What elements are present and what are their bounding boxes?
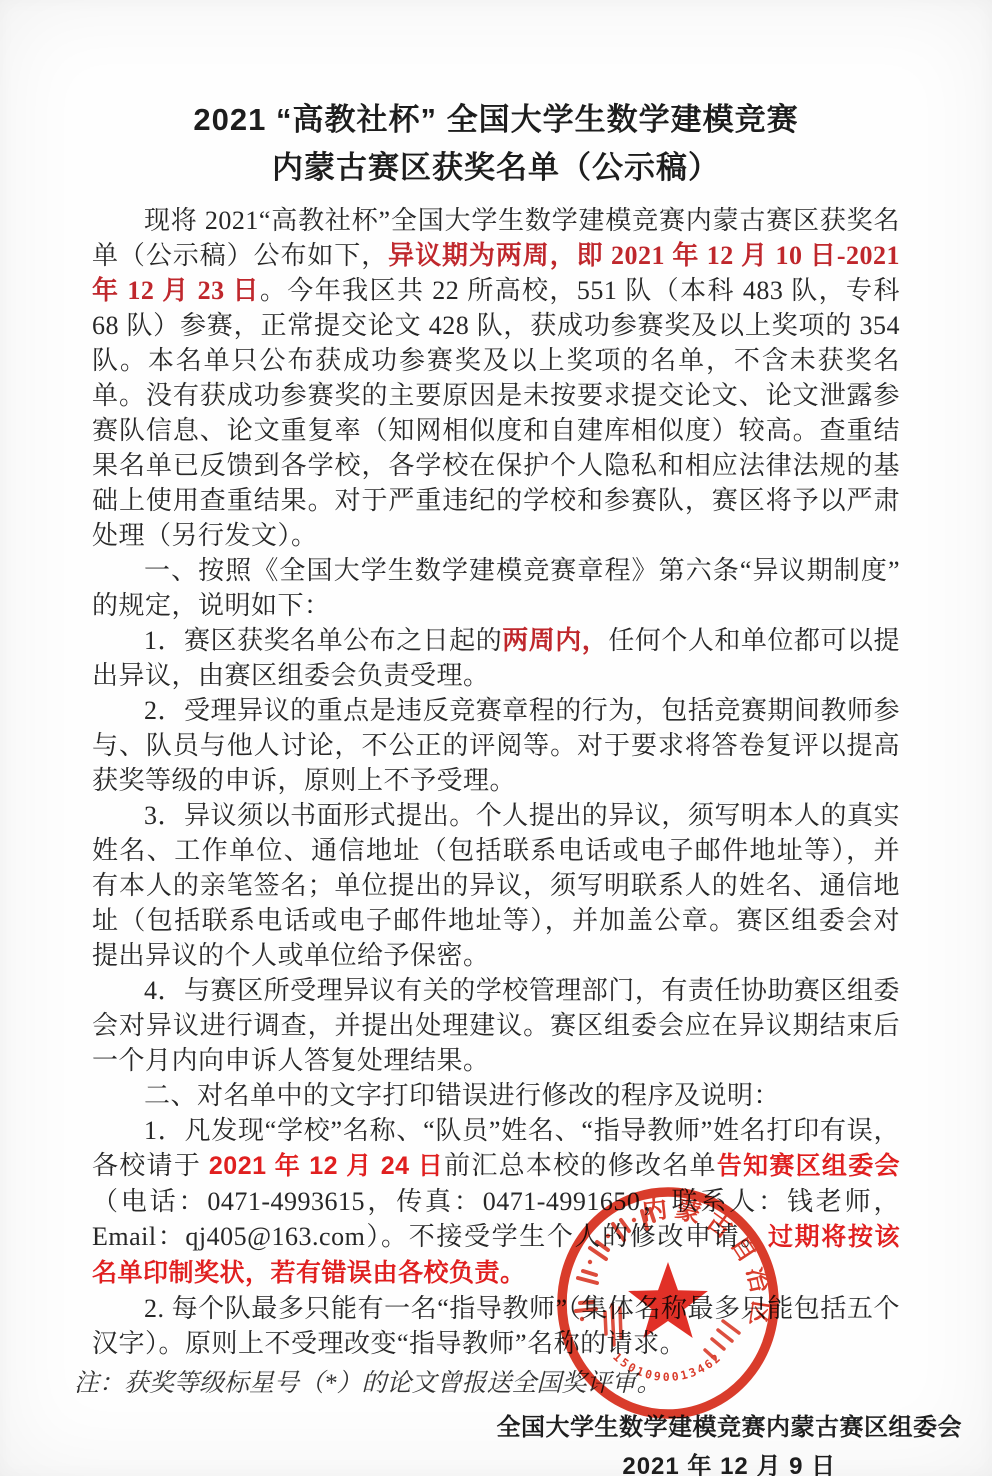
title-line-1: 2021 “高教社杯” 全国大学生数学建模竞赛 (0, 96, 992, 144)
text-run: 。今年我区共 22 所高校，551 队（本科 483 队，专科 68 队）参赛，… (92, 276, 900, 550)
text-run: 二、对名单中的文字打印错误进行修改的程序及说明： (144, 1081, 780, 1110)
text-run: 3．异议须以书面形式提出。个人提出的异议，须写明本人的真实姓名、工作单位、通信地… (92, 801, 900, 970)
paragraph: 1．凡发现“学校”名称、“队员”姓名、“指导教师”姓名打印有误，各校请于 202… (92, 1113, 900, 1291)
text-run: 2. 每个队最多只能有一名“指导教师”（集体名称最多只能包括五个汉字）。原则上不… (92, 1294, 900, 1358)
text-run: 4．与赛区所受理异议有关的学校管理部门，有责任协助赛区组委会对异议进行调查，并提… (92, 976, 900, 1075)
paragraph: 4．与赛区所受理异议有关的学校管理部门，有责任协助赛区组委会对异议进行调查，并提… (92, 973, 900, 1078)
paragraph: 3．异议须以书面形式提出。个人提出的异议，须写明本人的真实姓名、工作单位、通信地… (92, 798, 900, 973)
text-run: 2．受理异议的重点是违反竞赛章程的行为，包括竞赛期间教师参与、队员与他人讨论，不… (92, 696, 900, 795)
body-paragraphs: 现将 2021“高教社杯”全国大学生数学建模竞赛内蒙古赛区获奖名单（公示稿）公布… (92, 203, 900, 1361)
text-run: 告知赛区组委会 (717, 1152, 900, 1180)
signature-date: 2021 年 12 月 9 日 (622, 1450, 836, 1476)
text-run: 一、按照《全国大学生数学建模竞赛章程》第六条“异议期制度”的规定，说明如下： (92, 556, 900, 620)
text-run: 两周内， (502, 626, 608, 655)
paragraph: 一、按照《全国大学生数学建模竞赛章程》第六条“异议期制度”的规定，说明如下： (92, 553, 900, 623)
paragraph: 二、对名单中的文字打印错误进行修改的程序及说明： (92, 1078, 900, 1113)
paragraph: 2. 每个队最多只能有一名“指导教师”（集体名称最多只能包括五个汉字）。原则上不… (92, 1291, 900, 1361)
paragraph: 2．受理异议的重点是违反竞赛章程的行为，包括竞赛期间教师参与、队员与他人讨论，不… (92, 693, 900, 798)
footnote: 注：获奖等级标星号（*）的论文曾报送全国奖评审。 (0, 1364, 992, 1404)
signature-organization: 全国大学生数学建模竞赛内蒙古赛区组委会 (497, 1412, 963, 1444)
document-title: 2021 “高教社杯” 全国大学生数学建模竞赛 内蒙古赛区获奖名单（公示稿） (0, 0, 992, 192)
text-run: 1．赛区获奖名单公布之日起的 (144, 626, 502, 655)
text-run: 前汇总本校的修改名单 (444, 1151, 717, 1180)
document-page: 2021 “高教社杯” 全国大学生数学建模竞赛 内蒙古赛区获奖名单（公示稿） 现… (0, 0, 992, 1476)
text-run: 2021 年 12 月 24 日 (209, 1152, 444, 1180)
paragraph: 1．赛区获奖名单公布之日起的两周内，任何个人和单位都可以提出异议，由赛区组委会负… (92, 623, 900, 693)
signature-block: 全国大学生数学建模竞赛内蒙古赛区组委会 2021 年 12 月 9 日 (497, 1412, 963, 1476)
paragraph: 现将 2021“高教社杯”全国大学生数学建模竞赛内蒙古赛区获奖名单（公示稿）公布… (92, 203, 900, 553)
title-line-2: 内蒙古赛区获奖名单（公示稿） (0, 144, 992, 192)
